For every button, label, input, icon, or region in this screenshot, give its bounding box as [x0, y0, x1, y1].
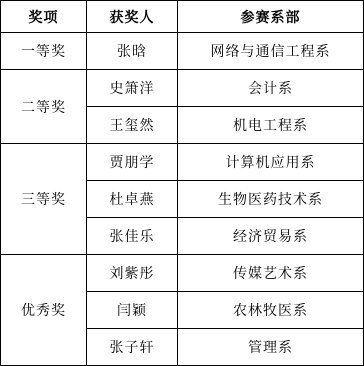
winner-name: 史箫洋 — [87, 70, 178, 107]
winner-name: 闫颖 — [87, 292, 178, 329]
winner-name: 贾朋学 — [87, 144, 178, 181]
table-row: 优秀奖 刘紫彤 传媒艺术系 — [1, 255, 364, 292]
department: 会计系 — [178, 70, 364, 107]
department: 经济贸易系 — [178, 218, 364, 255]
department: 传媒艺术系 — [178, 255, 364, 292]
award-category: 三等奖 — [1, 144, 87, 255]
award-table: 奖项 获奖人 参赛系部 一等奖 张晗 网络与通信工程系 二等奖 史箫洋 会计系 … — [0, 0, 364, 366]
winner-name: 张晗 — [87, 33, 178, 70]
department: 计算机应用系 — [178, 144, 364, 181]
table-row: 一等奖 张晗 网络与通信工程系 — [1, 33, 364, 70]
table-row: 三等奖 贾朋学 计算机应用系 — [1, 144, 364, 181]
award-category: 优秀奖 — [1, 255, 87, 366]
department: 农林牧医系 — [178, 292, 364, 329]
winner-name: 刘紫彤 — [87, 255, 178, 292]
header-department: 参赛系部 — [178, 1, 364, 33]
table-row: 二等奖 史箫洋 会计系 — [1, 70, 364, 107]
winner-name: 张子轩 — [87, 329, 178, 366]
winner-name: 王玺然 — [87, 107, 178, 144]
department: 生物医药技术系 — [178, 181, 364, 218]
header-row: 奖项 获奖人 参赛系部 — [1, 1, 364, 33]
winner-name: 张佳乐 — [87, 218, 178, 255]
department: 管理系 — [178, 329, 364, 366]
department: 网络与通信工程系 — [178, 33, 364, 70]
award-category: 一等奖 — [1, 33, 87, 70]
header-award: 奖项 — [1, 1, 87, 33]
award-category: 二等奖 — [1, 70, 87, 144]
header-winner: 获奖人 — [87, 1, 178, 33]
winner-name: 杜卓燕 — [87, 181, 178, 218]
department: 机电工程系 — [178, 107, 364, 144]
